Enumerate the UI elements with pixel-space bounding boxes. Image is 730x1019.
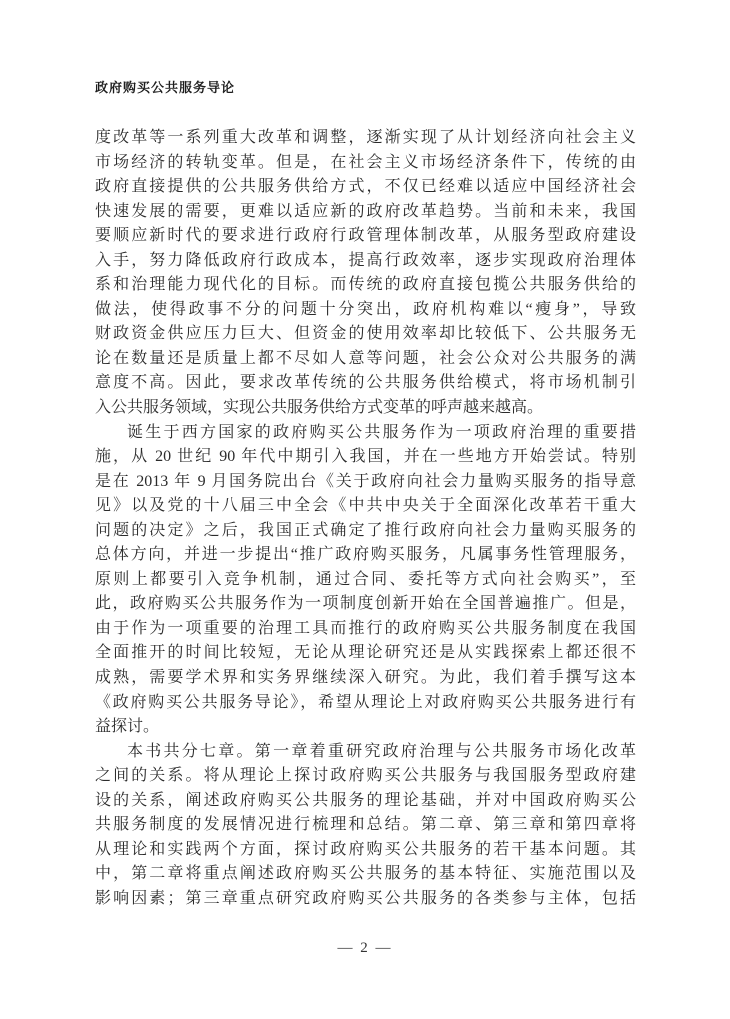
text-line: 影响因素；第三章重点研究政府购买公共服务的各类参与主体，包括: [95, 887, 636, 912]
text-line: 系和治理能力现代化的目标。而传统的政府直接包揽公共服务供给的: [95, 273, 636, 298]
text-line: 意度不高。因此，要求改革传统的公共服务供给模式，将市场机制引: [95, 371, 636, 396]
text-line: 由于作为一项重要的治理工具而推行的政府购买公共服务制度在我国: [95, 617, 636, 642]
text-line: 原则上都要引入竞争机制，通过合同、委托等方式向社会购买”，至: [95, 568, 636, 593]
text-line: 从理论和实践两个方面，探讨政府购买公共服务的若干基本问题。其: [95, 838, 636, 863]
text-line: 总体方向，并进一步提出“推广政府购买服务，凡属事务性管理服务，: [95, 543, 636, 568]
text-line: 度改革等一系列重大改革和调整，逐渐实现了从计划经济向社会主义: [95, 126, 636, 151]
text-line: 之间的关系。将从理论上探讨政府购买公共服务与我国服务型政府建: [95, 764, 636, 789]
text-line: 政府直接提供的公共服务供给方式，不仅已经难以适应中国经济社会: [95, 175, 636, 200]
text-line: 本书共分七章。第一章着重研究政府治理与公共服务市场化改革: [95, 740, 636, 765]
text-line: 是在 2013 年 9 月国务院出台《关于政府向社会力量购买服务的指导意: [95, 470, 636, 495]
text-line: 做法，使得政事不分的问题十分突出，政府机构难以“瘦身”，导致: [95, 298, 636, 323]
text-line: 问题的决定》之后，我国正式确定了推行政府向社会力量购买服务的: [95, 519, 636, 544]
text-line: 《政府购买公共服务导论》，希望从理论上对政府购买公共服务进行有: [95, 691, 636, 716]
document-page: 政府购买公共服务导论 度改革等一系列重大改革和调整，逐渐实现了从计划经济向社会主…: [0, 0, 730, 1019]
text-line: 入手，努力降低政府行政成本，提高行政效率，逐步实现政府治理体: [95, 249, 636, 274]
text-line: 此，政府购买公共服务作为一项制度创新开始在全国普遍推广。但是，: [95, 592, 636, 617]
text-line: 全面推开的时间比较短，无论从理论研究还是从实践探索上都还很不: [95, 641, 636, 666]
text-line: 益探讨。: [95, 715, 636, 740]
text-line: 中，第二章将重点阐述政府购买公共服务的基本特征、实施范围以及: [95, 862, 636, 887]
text-line: 要顺应新时代的要求进行政府行政管理体制改革，从服务型政府建设: [95, 224, 636, 249]
text-line: 见》以及党的十八届三中全会《中共中央关于全面深化改革若干重大: [95, 494, 636, 519]
text-line: 设的关系，阐述政府购买公共服务的理论基础，并对中国政府购买公: [95, 789, 636, 814]
text-line: 共服务制度的发展情况进行梳理和总结。第二章、第三章和第四章将: [95, 813, 636, 838]
text-line: 成熟，需要学术界和实务界继续深入研究。为此，我们着手撰写这本: [95, 666, 636, 691]
body-text: 度改革等一系列重大改革和调整，逐渐实现了从计划经济向社会主义市场经济的转轨变革。…: [95, 126, 636, 912]
text-line: 入公共服务领域，实现公共服务供给方式变革的呼声越来越高。: [95, 396, 636, 421]
text-line: 快速发展的需要，更难以适应新的政府改革趋势。当前和未来，我国: [95, 200, 636, 225]
text-line: 诞生于西方国家的政府购买公共服务作为一项政府治理的重要措: [95, 421, 636, 446]
text-line: 论在数量还是质量上都不尽如人意等问题，社会公众对公共服务的满: [95, 347, 636, 372]
page-number: — 2 —: [0, 938, 730, 958]
running-head: 政府购买公共服务导论: [95, 80, 235, 96]
text-line: 施，从 20 世纪 90 年代中期引入我国，并在一些地方开始尝试。特别: [95, 445, 636, 470]
text-line: 财政资金供应压力巨大、但资金的使用效率却比较低下、公共服务无: [95, 322, 636, 347]
text-line: 市场经济的转轨变革。但是，在社会主义市场经济条件下，传统的由: [95, 151, 636, 176]
